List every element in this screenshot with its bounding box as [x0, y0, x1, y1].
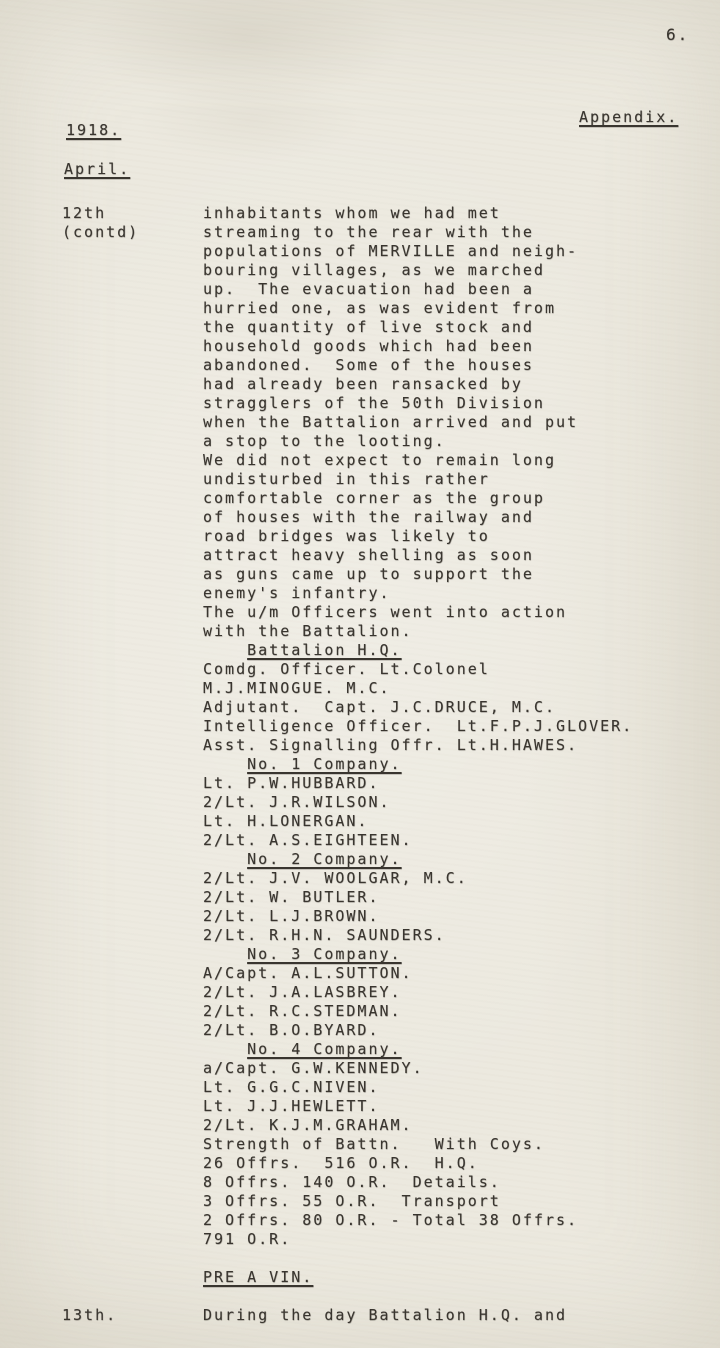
document-line: of houses with the railway and [203, 508, 633, 527]
document-line: comfortable corner as the group [203, 489, 633, 508]
document-line: 2/Lt. A.S.EIGHTEEN. [203, 831, 633, 850]
document-line: with the Battalion. [203, 622, 633, 641]
document-line: streaming to the rear with the [203, 223, 633, 242]
year-heading: 1918. [66, 121, 121, 140]
margin-date-note: 12th [62, 204, 106, 223]
document-line: 2/Lt. J.V. WOOLGAR, M.C. [203, 869, 633, 888]
document-line: 3 Offrs. 55 O.R. Transport [203, 1192, 633, 1211]
document-line: No. 1 Company. [203, 755, 633, 774]
document-line: M.J.MINOGUE. M.C. [203, 679, 633, 698]
document-line: Comdg. Officer. Lt.Colonel [203, 660, 633, 679]
document-line: A/Capt. A.L.SUTTON. [203, 964, 633, 983]
month-heading: April. [64, 160, 130, 179]
document-line: 2/Lt. B.O.BYARD. [203, 1021, 633, 1040]
document-line: 2/Lt. L.J.BROWN. [203, 907, 633, 926]
document-line: 2/Lt. R.C.STEDMAN. [203, 1002, 633, 1021]
document-line: 26 Offrs. 516 O.R. H.Q. [203, 1154, 633, 1173]
document-line: had already been ransacked by [203, 375, 633, 394]
document-line: During the day Battalion H.Q. and [203, 1306, 633, 1325]
document-line: Lt. J.J.HEWLETT. [203, 1097, 633, 1116]
document-line: a stop to the looting. [203, 432, 633, 451]
document-line [203, 1287, 633, 1306]
document-line: The u/m Officers went into action [203, 603, 633, 622]
document-line: 2/Lt. W. BUTLER. [203, 888, 633, 907]
document-line: No. 2 Company. [203, 850, 633, 869]
underlined-heading: PRE A VIN. [203, 1268, 313, 1286]
document-line: Lt. H.LONERGAN. [203, 812, 633, 831]
document-line: 2/Lt. K.J.M.GRAHAM. [203, 1116, 633, 1135]
document-line: the quantity of live stock and [203, 318, 633, 337]
document-line: undisturbed in this rather [203, 470, 633, 489]
document-line: enemy's infantry. [203, 584, 633, 603]
underlined-heading: No. 3 Company. [247, 945, 401, 963]
document-line: attract heavy shelling as soon [203, 546, 633, 565]
margin-date-note: (contd) [62, 223, 139, 242]
document-line: Strength of Battn. With Coys. [203, 1135, 633, 1154]
document-line: No. 4 Company. [203, 1040, 633, 1059]
diary-body-column: inhabitants whom we had metstreaming to … [203, 204, 633, 1325]
page-number: 6. [666, 25, 689, 44]
document-line: PRE A VIN. [203, 1268, 633, 1287]
document-line: household goods which had been [203, 337, 633, 356]
document-line: No. 3 Company. [203, 945, 633, 964]
document-line: Adjutant. Capt. J.C.DRUCE, M.C. [203, 698, 633, 717]
document-line: Intelligence Officer. Lt.F.P.J.GLOVER. [203, 717, 633, 736]
document-line: when the Battalion arrived and put [203, 413, 633, 432]
document-line: up. The evacuation had been a [203, 280, 633, 299]
document-line: as guns came up to support the [203, 565, 633, 584]
document-line: hurried one, as was evident from [203, 299, 633, 318]
document-line: Battalion H.Q. [203, 641, 633, 660]
document-line: road bridges was likely to [203, 527, 633, 546]
document-line: 8 Offrs. 140 O.R. Details. [203, 1173, 633, 1192]
document-line: stragglers of the 50th Division [203, 394, 633, 413]
document-line: bouring villages, as we marched [203, 261, 633, 280]
document-line: Lt. P.W.HUBBARD. [203, 774, 633, 793]
document-line: 2/Lt. J.R.WILSON. [203, 793, 633, 812]
document-line: We did not expect to remain long [203, 451, 633, 470]
document-line: 791 O.R. [203, 1230, 633, 1249]
underlined-heading: No. 4 Company. [247, 1040, 401, 1058]
document-line: 2/Lt. R.H.N. SAUNDERS. [203, 926, 633, 945]
document-line [203, 1249, 633, 1268]
underlined-heading: No. 2 Company. [247, 850, 401, 868]
document-page: 6. Appendix. 1918. April. 12th(contd)13t… [0, 0, 720, 1348]
margin-date-note: 13th. [62, 1306, 117, 1325]
appendix-heading: Appendix. [579, 108, 678, 127]
document-line: 2 Offrs. 80 O.R. - Total 38 Offrs. [203, 1211, 633, 1230]
underlined-heading: No. 1 Company. [247, 755, 401, 773]
document-line: a/Capt. G.W.KENNEDY. [203, 1059, 633, 1078]
document-line: 2/Lt. J.A.LASBREY. [203, 983, 633, 1002]
document-line: abandoned. Some of the houses [203, 356, 633, 375]
document-line: populations of MERVILLE and neigh- [203, 242, 633, 261]
document-line: inhabitants whom we had met [203, 204, 633, 223]
document-line: Asst. Signalling Offr. Lt.H.HAWES. [203, 736, 633, 755]
underlined-heading: Battalion H.Q. [247, 641, 401, 659]
document-line: Lt. G.G.C.NIVEN. [203, 1078, 633, 1097]
